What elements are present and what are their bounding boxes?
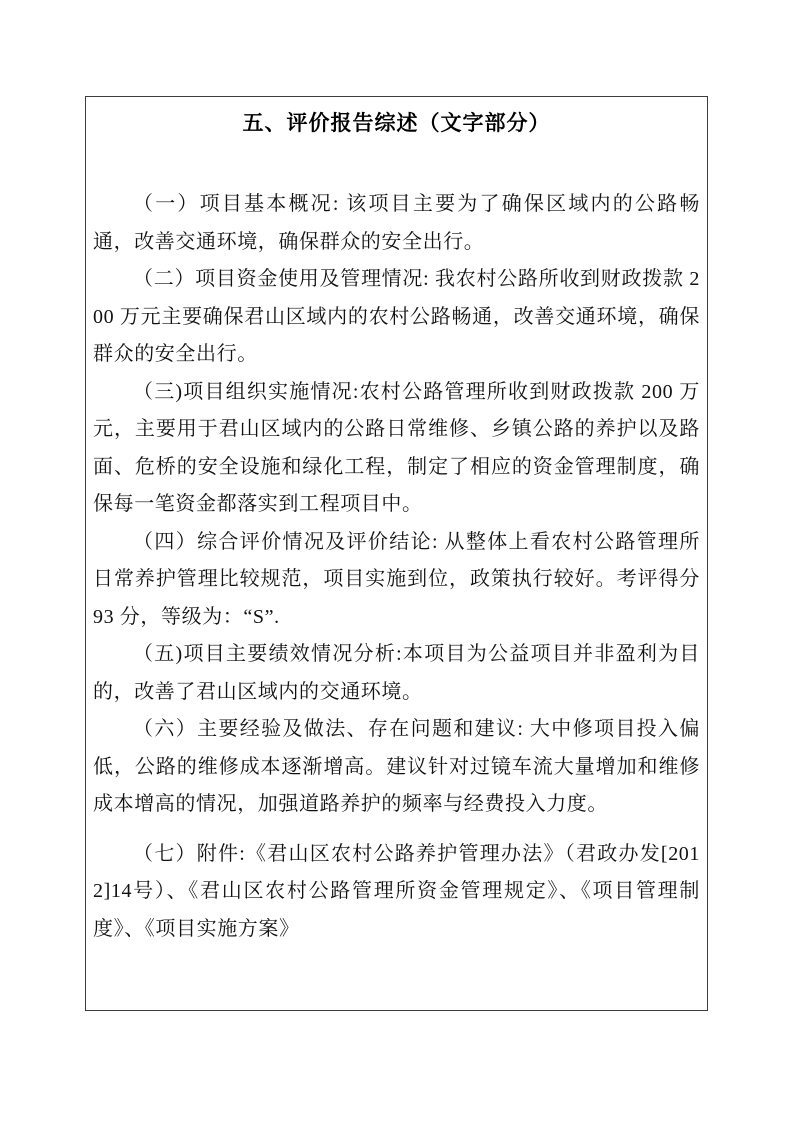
section-title: 五、评价报告综述（文字部分） <box>90 110 703 136</box>
report-body: （一）项目基本概况: 该项目主要为了确保区域内的公路畅通，改善交通环境，确保群众… <box>93 186 700 948</box>
paragraph-experience-suggestions: （六）主要经验及做法、存在问题和建议: 大中修项目投入偏低，公路的维修成本逐渐增… <box>93 711 700 824</box>
paragraph-fund-usage: （二）项目资金使用及管理情况: 我农村公路所收到财政拨款 200 万元主要确保君… <box>93 261 700 374</box>
paragraph-evaluation-conclusion: （四）综合评价情况及评价结论: 从整体上看农村公路管理所日常养护管理比较规范，项… <box>93 524 700 637</box>
paragraph-attachments: （七）附件:《君山区农村公路养护管理办法》（君政办发[2012]14号）、《君山… <box>93 836 700 949</box>
paragraph-basic-overview: （一）项目基本概况: 该项目主要为了确保区域内的公路畅通，改善交通环境，确保群众… <box>93 186 700 261</box>
paragraph-implementation: （三)项目组织实施情况:农村公路管理所收到财政拨款 200 万元，主要用于君山区… <box>93 374 700 524</box>
paragraph-performance-analysis: （五)项目主要绩效情况分析:本项目为公益项目并非盈利为目的，改善了君山区域内的交… <box>93 636 700 711</box>
report-border-box: 五、评价报告综述（文字部分） （一）项目基本概况: 该项目主要为了确保区域内的公… <box>85 96 708 1011</box>
